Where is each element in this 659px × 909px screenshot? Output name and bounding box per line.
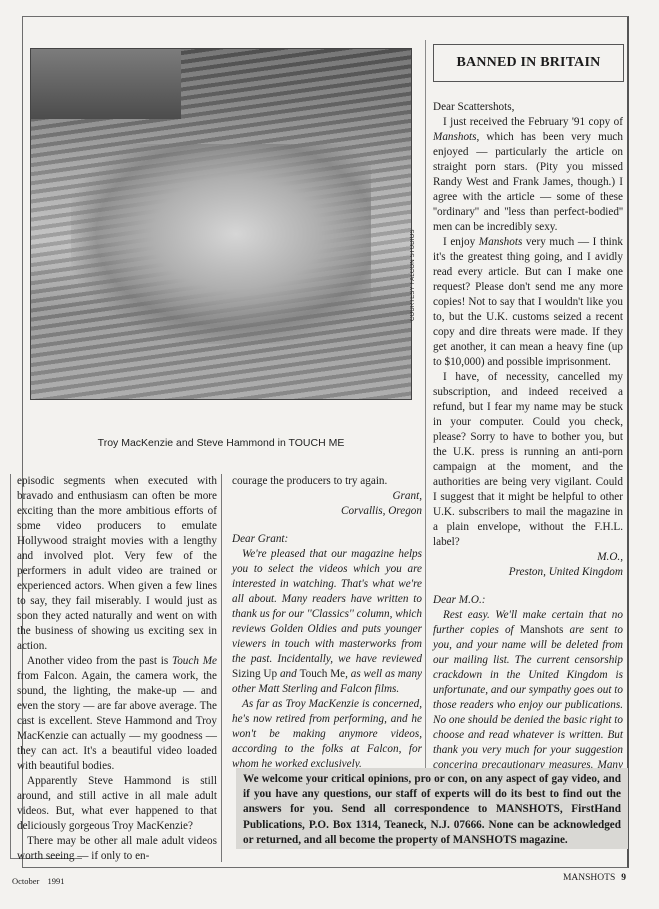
letter-location: Preston, United Kingdom [433, 565, 623, 580]
reply-paragraph: We're pleased that our magazine helps yo… [232, 547, 422, 697]
photo-credit: COURTESY FALCON STUDIOS [410, 245, 422, 321]
letter-signature: Grant, [232, 489, 422, 504]
issue-date: October 1991 [12, 876, 65, 886]
column-rule-left [10, 474, 11, 858]
letter-salutation: Dear Scattershots, [433, 100, 623, 115]
paragraph: episodic segments when executed with bra… [17, 474, 217, 654]
right-column: Dear Scattershots, I just received the F… [433, 100, 623, 818]
paragraph: I just received the February '91 copy of… [433, 115, 623, 235]
reply-paragraph: As far as Troy MacKenzie is concerned, h… [232, 697, 422, 772]
paragraph: Another video from the past is Touch Me … [17, 654, 217, 774]
article-photo [30, 48, 412, 400]
paragraph: There may be other all male adult videos… [17, 834, 217, 864]
section-title: BANNED IN BRITAIN [433, 44, 624, 82]
column-rule [425, 40, 426, 780]
letter-signature: M.O., [433, 550, 623, 565]
page-footer: MANSHOTS9 [563, 873, 626, 883]
photo-caption: Troy MacKenzie and Steve Hammond in TOUC… [30, 437, 412, 449]
magazine-name: MANSHOTS [563, 873, 615, 883]
paragraph: I enjoy Manshots very much — I think it'… [433, 235, 623, 370]
wall-painting [31, 49, 181, 119]
photo-subjects [71, 144, 371, 344]
page-number: 9 [621, 873, 626, 883]
reply-salutation: Dear M.O.: [433, 593, 623, 608]
paragraph: Apparently Steve Hammond is still around… [17, 774, 217, 834]
paragraph: I have, of necessity, cancelled my subsc… [433, 370, 623, 550]
reply-salutation: Dear Grant: [232, 532, 422, 547]
middle-column: courage the producers to try again. Gran… [232, 474, 422, 772]
letter-location: Corvallis, Oregon [232, 504, 422, 519]
paragraph: courage the producers to try again. [232, 474, 422, 489]
editorial-notice: We welcome your critical opinions, pro o… [236, 768, 628, 849]
left-column: episodic segments when executed with bra… [17, 474, 222, 862]
